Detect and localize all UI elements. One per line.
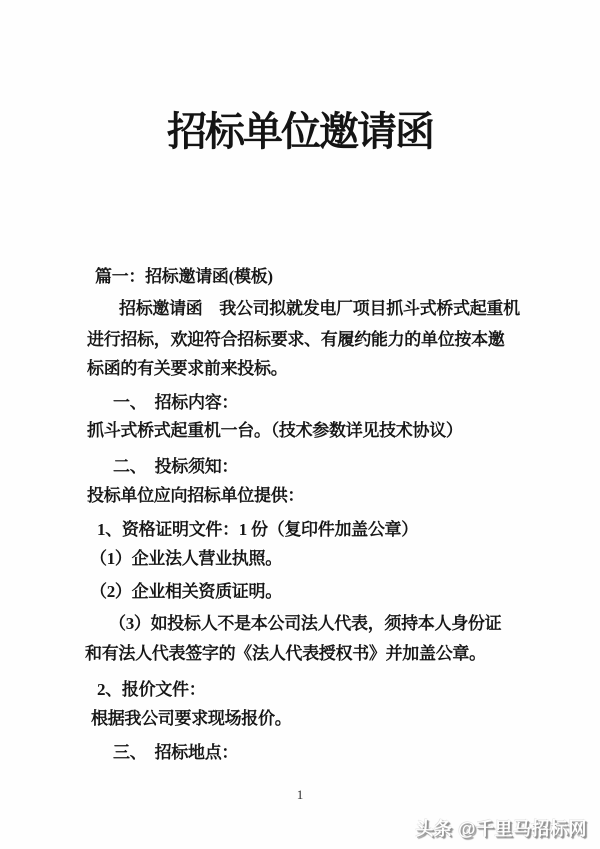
doc-line: 进行招标，欢迎符合招标要求、有履约能力的单位按本邀 (87, 329, 505, 351)
doc-line: 和有法人代表签字的《法人代表授权书》并加盖公章。 (85, 643, 486, 665)
document-title: 招标单位邀请函 (0, 100, 600, 157)
doc-list-item: （2）企业相关资质证明。 (90, 581, 282, 603)
doc-line: 根据我公司要求现场报价。 (91, 708, 291, 730)
document-page: 招标单位邀请函 篇一：招标邀请函(模板) 招标邀请函 我公司拟就发电厂项目抓斗式… (0, 0, 600, 849)
doc-list-item: （3）如投标人不是本公司法人代表，须持本人身份证 (109, 613, 501, 635)
doc-line: 标函的有关要求前来投标。 (87, 358, 287, 380)
doc-list-item: （1）企业法人营业执照。 (90, 548, 282, 570)
doc-list-item: 1、资格证明文件：1 份（复印件加盖公章） (97, 519, 418, 541)
doc-section-heading: 三、 招标地点： (113, 742, 238, 764)
watermark: 头条 @千里马招标网 (415, 815, 587, 841)
doc-section-heading: 一、 招标内容： (113, 392, 238, 414)
doc-line: 篇一：招标邀请函(模板) (95, 266, 273, 288)
doc-list-item: 2、报价文件： (97, 679, 205, 701)
doc-line: 抓斗式桥式起重机一台。（技术参数详见技术协议） (87, 420, 463, 442)
doc-section-heading: 二、 投标须知： (113, 456, 238, 478)
doc-line: 投标单位应向招标单位提供： (87, 485, 304, 507)
doc-line: 招标邀请函 我公司拟就发电厂项目抓斗式桥式起重机 (119, 298, 520, 320)
page-number: 1 (0, 787, 600, 803)
